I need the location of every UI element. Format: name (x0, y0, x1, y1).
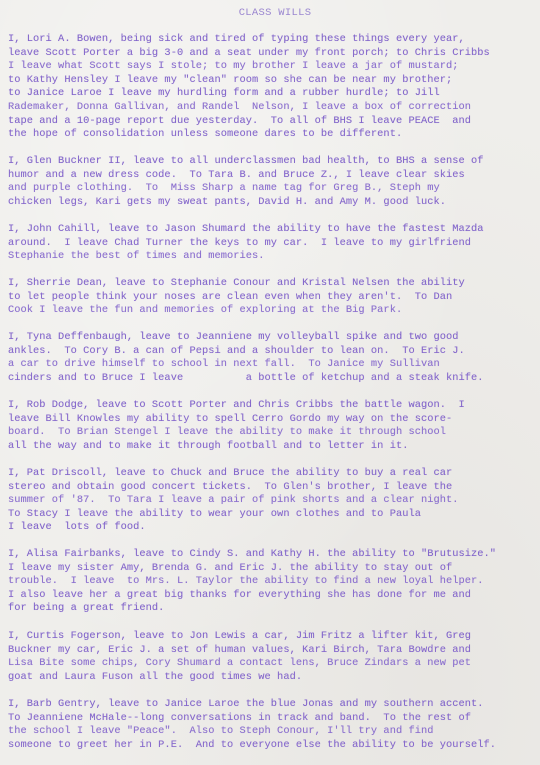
will-text-line: cinders and to Bruce I leave a bottle of… (8, 372, 536, 386)
will-text-line: I, Sherrie Dean, leave to Stephanie Cono… (8, 277, 536, 291)
will-paragraph: I, Sherrie Dean, leave to Stephanie Cono… (8, 277, 536, 318)
will-text-line: I, Rob Dodge, leave to Scott Porter and … (8, 399, 536, 413)
will-text-line: Cook I leave the fun and memories of exp… (8, 304, 536, 318)
will-text-line: a car to drive himself to school in next… (8, 358, 536, 372)
will-paragraph: I, Tyna Deffenbaugh, leave to Jeanniene … (8, 331, 536, 385)
will-paragraph: I, Lori A. Bowen, being sick and tired o… (8, 33, 536, 142)
will-text-line: leave Scott Porter a big 3-0 and a seat … (8, 47, 536, 61)
will-text-line: goat and Laura Fuson all the good times … (8, 671, 536, 685)
will-text-line: to Janice Laroe I leave my hurdling form… (8, 87, 536, 101)
will-text-line: I, Barb Gentry, leave to Janice Laroe th… (8, 698, 536, 712)
will-text-line: and purple clothing. To Miss Sharp a nam… (8, 182, 536, 196)
will-text-line: the school I leave "Peace". Also to Step… (8, 725, 536, 739)
will-text-line: I, Pat Driscoll, leave to Chuck and Bruc… (8, 467, 536, 481)
will-text-line: humor and a new dress code. To Tara B. a… (8, 169, 536, 183)
will-text-line: I, Tyna Deffenbaugh, leave to Jeanniene … (8, 331, 536, 345)
will-text-line: all the way and to make it through footb… (8, 440, 536, 454)
will-text-line: I leave lots of food. (8, 521, 536, 535)
will-text-line: I also leave her a great big thanks for … (8, 589, 536, 603)
will-text-line: To Jeanniene McHale--long conversations … (8, 712, 536, 726)
will-paragraph: I, Pat Driscoll, leave to Chuck and Bruc… (8, 467, 536, 535)
will-text-line: to Kathy Hensley I leave my "clean" room… (8, 74, 536, 88)
will-text-line: I, Alisa Fairbanks, leave to Cindy S. an… (8, 548, 536, 562)
will-text-line: I leave what Scott says I stole; to my b… (8, 60, 536, 74)
will-text-line: I, John Cahill, leave to Jason Shumard t… (8, 223, 536, 237)
will-paragraph: I, Alisa Fairbanks, leave to Cindy S. an… (8, 548, 536, 616)
will-text-line: To Stacy I leave the ability to wear you… (8, 508, 536, 522)
will-paragraph: I, Rob Dodge, leave to Scott Porter and … (8, 399, 536, 453)
will-text-line: Lisa Bite some chips, Cory Shumard a con… (8, 657, 536, 671)
will-text-line: Buckner my car, Eric J. a set of human v… (8, 644, 536, 658)
will-text-line: to let people think your noses are clean… (8, 291, 536, 305)
will-text-line: ankles. To Cory B. a can of Pepsi and a … (8, 345, 536, 359)
will-text-line: the hope of consolidation unless someone… (8, 128, 536, 142)
will-text-line: I, Curtis Fogerson, leave to Jon Lewis a… (8, 630, 536, 644)
document-page: CLASS WILLS I, Lori A. Bowen, being sick… (0, 0, 540, 765)
will-text-line: board. To Brian Stengel I leave the abil… (8, 426, 536, 440)
will-text-line: I, Lori A. Bowen, being sick and tired o… (8, 33, 536, 47)
will-text-line: someone to greet her in P.E. And to ever… (8, 739, 536, 753)
will-text-line: Stephanie the best of times and memories… (8, 250, 536, 264)
will-text-line: for being a great friend. (8, 602, 536, 616)
will-paragraph: I, Barb Gentry, leave to Janice Laroe th… (8, 698, 536, 752)
will-text-line: summer of '87. To Tara I leave a pair of… (8, 494, 536, 508)
will-text-line: I leave my sister Amy, Brenda G. and Eri… (8, 562, 536, 576)
will-text-line: chicken legs, Kari gets my sweat pants, … (8, 196, 536, 210)
will-text-line: leave Bill Knowles my ability to spell C… (8, 413, 536, 427)
will-paragraph: I, Glen Buckner II, leave to all undercl… (8, 155, 536, 209)
will-paragraph: I, John Cahill, leave to Jason Shumard t… (8, 223, 536, 264)
will-text-line: around. I leave Chad Turner the keys to … (8, 237, 536, 251)
will-text-line: stereo and obtain good concert tickets. … (8, 481, 536, 495)
will-text-line: Rademaker, Donna Gallivan, and Randel Ne… (8, 101, 536, 115)
will-paragraph: I, Curtis Fogerson, leave to Jon Lewis a… (8, 630, 536, 684)
will-text-line: trouble. I leave to Mrs. L. Taylor the a… (8, 575, 536, 589)
will-text-line: I, Glen Buckner II, leave to all undercl… (8, 155, 536, 169)
will-text-line: tape and a 10-page report due yesterday.… (8, 115, 536, 129)
page-title: CLASS WILLS (0, 7, 540, 19)
